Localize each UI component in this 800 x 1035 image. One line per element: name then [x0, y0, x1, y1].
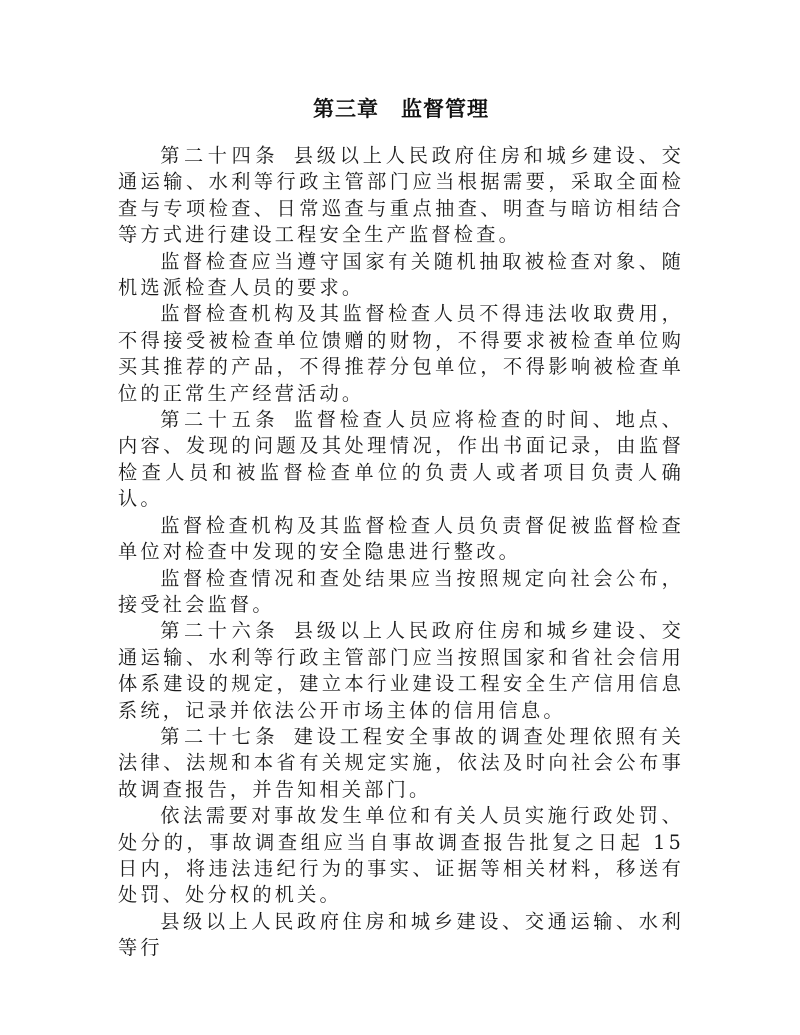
article-number: 第二十七条: [160, 725, 279, 748]
paragraph: 监督检查机构及其监督检查人员不得违法收取费用，不得接受被检查单位馈赠的财物，不得…: [118, 301, 684, 407]
paragraph-text: 监督检查情况和查处结果应当按照规定向社会公布，接受社会监督。: [118, 567, 684, 616]
paragraph-text: 依法需要对事故发生单位和有关人员实施行政处罚、处分的，事故调查组应当自事故调查报…: [118, 804, 684, 906]
paragraph: 监督检查应当遵守国家有关随机抽取被检查对象、随机选派检查人员的要求。: [118, 249, 684, 302]
article-number: 第二十四条: [160, 144, 279, 167]
document-page: 第三章监督管理 第二十四条县级以上人民政府住房和城乡建设、交通运输、水利等行政主…: [118, 92, 684, 962]
paragraph-text: 监督检查应当遵守国家有关随机抽取被检查对象、随机选派检查人员的要求。: [118, 250, 684, 299]
paragraph: 监督检查情况和查处结果应当按照规定向社会公布，接受社会监督。: [118, 566, 684, 619]
paragraph-article-24: 第二十四条县级以上人民政府住房和城乡建设、交通运输、水利等行政主管部门应当根据需…: [118, 143, 684, 249]
paragraph-article-26: 第二十六条县级以上人民政府住房和城乡建设、交通运输、水利等行政主管部门应当按照国…: [118, 618, 684, 724]
paragraph-text: 监督检查机构及其监督检查人员不得违法收取费用，不得接受被检查单位馈赠的财物，不得…: [118, 302, 684, 404]
paragraph-text: 县级以上人民政府住房和城乡建设、交通运输、水利等行: [118, 910, 684, 959]
paragraph-article-27: 第二十七条建设工程安全事故的调查处理依照有关法律、法规和本省有关规定实施，依法及…: [118, 724, 684, 803]
paragraph: 监督检查机构及其监督检查人员负责督促被监督检查单位对检查中发现的安全隐患进行整改…: [118, 513, 684, 566]
article-number: 第二十六条: [160, 619, 279, 642]
chapter-name: 监督管理: [401, 97, 489, 121]
article-number: 第二十五条: [160, 408, 279, 431]
paragraph: 依法需要对事故发生单位和有关人员实施行政处罚、处分的，事故调查组应当自事故调查报…: [118, 803, 684, 909]
paragraph: 县级以上人民政府住房和城乡建设、交通运输、水利等行: [118, 909, 684, 962]
paragraph-text: 监督检查机构及其监督检查人员负责督促被监督检查单位对检查中发现的安全隐患进行整改…: [118, 514, 684, 563]
chapter-title: 第三章监督管理: [118, 92, 684, 126]
chapter-number: 第三章: [313, 97, 379, 121]
paragraph-article-25: 第二十五条监督检查人员应将检查的时间、地点、内容、发现的问题及其处理情况，作出书…: [118, 407, 684, 513]
